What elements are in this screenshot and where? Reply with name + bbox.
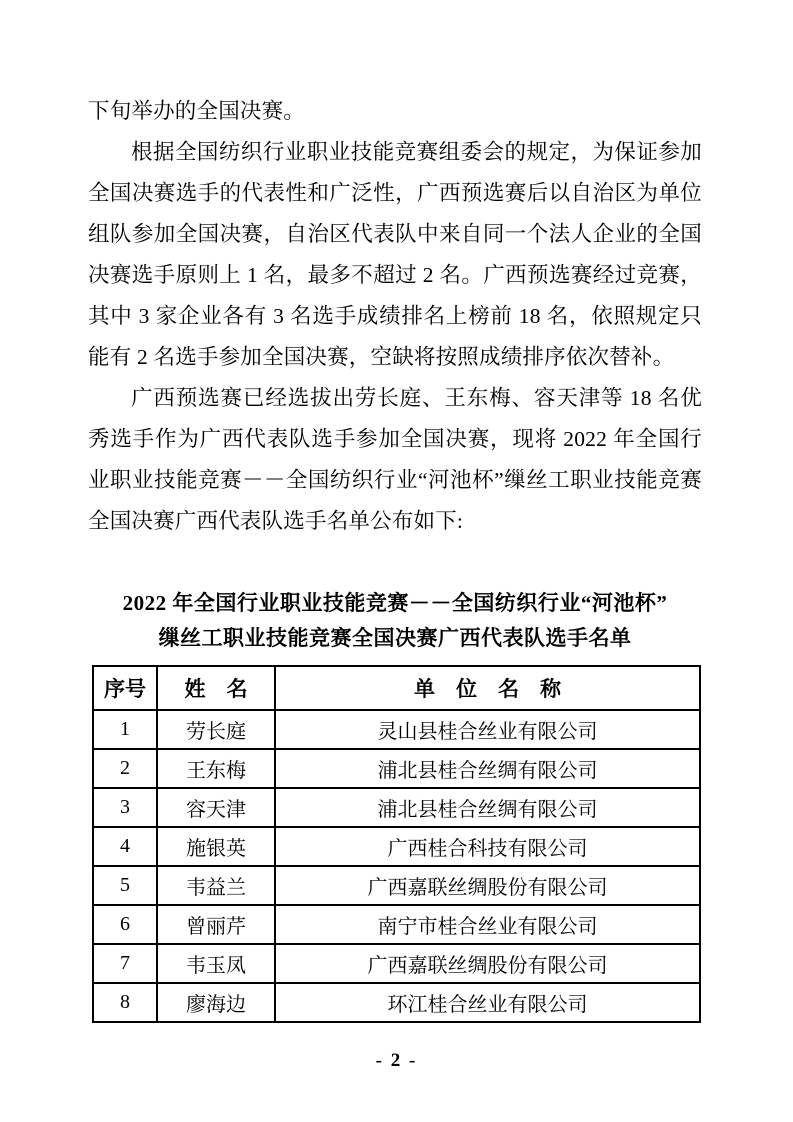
paragraph: 广西预选赛已经选拔出劳长庭、王东梅、容天津等 18 名优秀选手作为广西代表队选手… <box>88 378 702 542</box>
cell-no: 2 <box>93 749 157 788</box>
cell-org: 浦北县桂合丝绸有限公司 <box>275 788 700 827</box>
table-title-line2: 缫丝工职业技能竞赛全国决赛广西代表队选手名单 <box>88 621 702 656</box>
page-number: - 2 - <box>0 1050 793 1072</box>
table-header-row: 序号 姓 名 单 位 名 称 <box>93 666 700 710</box>
cell-name: 施银英 <box>157 827 275 866</box>
cell-no: 7 <box>93 944 157 983</box>
document-body: 下旬举办的全国决赛。 根据全国纺织行业职业技能竞赛组委会的规定，为保证参加全国决… <box>88 91 702 1023</box>
cell-name: 韦益兰 <box>157 866 275 905</box>
paragraph: 根据全国纺织行业职业技能竞赛组委会的规定，为保证参加全国决赛选手的代表性和广泛性… <box>88 132 702 378</box>
paragraph-continuation: 下旬举办的全国决赛。 <box>88 91 702 132</box>
header-org: 单 位 名 称 <box>275 666 700 710</box>
table-row: 1 劳长庭 灵山县桂合丝业有限公司 <box>93 710 700 749</box>
cell-no: 1 <box>93 710 157 749</box>
document-page: 下旬举办的全国决赛。 根据全国纺织行业职业技能竞赛组委会的规定，为保证参加全国决… <box>0 0 793 1122</box>
header-name: 姓 名 <box>157 666 275 710</box>
cell-org: 南宁市桂合丝业有限公司 <box>275 905 700 944</box>
cell-org: 广西桂合科技有限公司 <box>275 827 700 866</box>
table-row: 3 容天津 浦北县桂合丝绸有限公司 <box>93 788 700 827</box>
cell-org: 浦北县桂合丝绸有限公司 <box>275 749 700 788</box>
cell-no: 8 <box>93 983 157 1022</box>
table-row: 2 王东梅 浦北县桂合丝绸有限公司 <box>93 749 700 788</box>
cell-name: 容天津 <box>157 788 275 827</box>
header-no: 序号 <box>93 666 157 710</box>
cell-name: 曾丽芹 <box>157 905 275 944</box>
roster-table: 序号 姓 名 单 位 名 称 1 劳长庭 灵山县桂合丝业有限公司 2 王东梅 浦… <box>92 665 701 1023</box>
cell-org: 环江桂合丝业有限公司 <box>275 983 700 1022</box>
cell-no: 6 <box>93 905 157 944</box>
cell-org: 广西嘉联丝绸股份有限公司 <box>275 866 700 905</box>
table-row: 7 韦玉凤 广西嘉联丝绸股份有限公司 <box>93 944 700 983</box>
table-row: 8 廖海边 环江桂合丝业有限公司 <box>93 983 700 1022</box>
cell-name: 王东梅 <box>157 749 275 788</box>
cell-name: 劳长庭 <box>157 710 275 749</box>
cell-org: 广西嘉联丝绸股份有限公司 <box>275 944 700 983</box>
cell-name: 韦玉凤 <box>157 944 275 983</box>
table-row: 4 施银英 广西桂合科技有限公司 <box>93 827 700 866</box>
table-row: 5 韦益兰 广西嘉联丝绸股份有限公司 <box>93 866 700 905</box>
cell-no: 4 <box>93 827 157 866</box>
cell-no: 3 <box>93 788 157 827</box>
cell-no: 5 <box>93 866 157 905</box>
cell-name: 廖海边 <box>157 983 275 1022</box>
table-title-line1: 2022 年全国行业职业技能竞赛－－全国纺织行业“河池杯” <box>88 586 702 621</box>
cell-org: 灵山县桂合丝业有限公司 <box>275 710 700 749</box>
table-row: 6 曾丽芹 南宁市桂合丝业有限公司 <box>93 905 700 944</box>
